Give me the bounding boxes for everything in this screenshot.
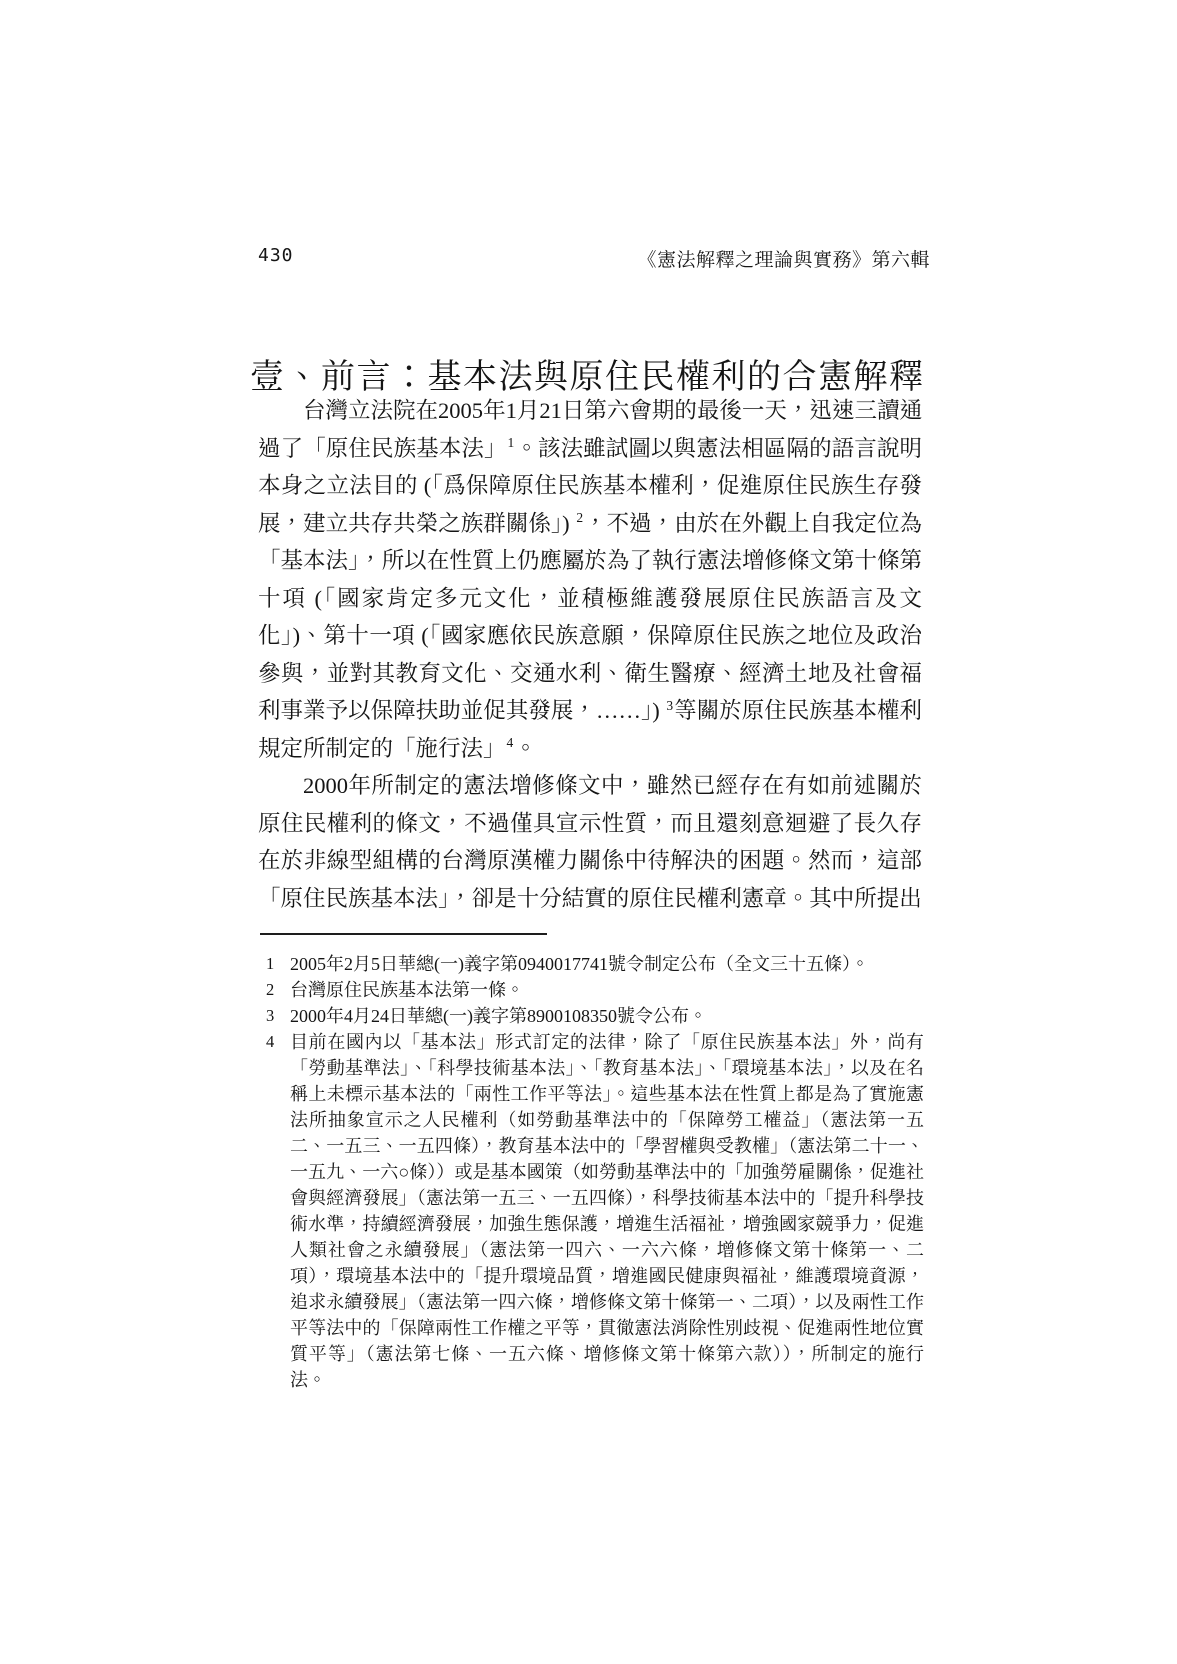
- footnote-text: 2000年4月24日華總(一)義字第8900108350號令公布。: [290, 1003, 924, 1029]
- footnote-number: 4: [266, 1029, 290, 1055]
- page-number: 430: [258, 245, 294, 266]
- footnote-item: 12005年2月5日華總(一)義字第0940017741號令制定公布（全文三十五…: [266, 951, 924, 977]
- footnote-separator-rule: [260, 933, 547, 935]
- footnotes-section: 12005年2月5日華總(一)義字第0940017741號令制定公布（全文三十五…: [266, 951, 924, 1393]
- section-heading: 壹、前言：基本法與原住民權利的合憲解釋: [250, 349, 950, 398]
- footnote-number: 1: [266, 951, 290, 977]
- footnote-text: 目前在國內以「基本法」形式訂定的法律，除了「原住民族基本法」外，尚有「勞動基準法…: [290, 1029, 924, 1393]
- footnote-text: 2005年2月5日華總(一)義字第0940017741號令制定公布（全文三十五條…: [290, 951, 924, 977]
- footnote-text: 台灣原住民族基本法第一條。: [290, 977, 924, 1003]
- paragraph: 台灣立法院在2005年1月21日第六會期的最後一天，迅速三讀通過了「原住民族基本…: [258, 392, 922, 767]
- footnote-ref: 1: [507, 435, 516, 450]
- footnote-item: 2台灣原住民族基本法第一條。: [266, 977, 924, 1003]
- footnote-ref: 4: [506, 735, 515, 750]
- footnote-number: 2: [266, 977, 290, 1003]
- footnote-item: 32000年4月24日華總(一)義字第8900108350號令公布。: [266, 1003, 924, 1029]
- footnote-ref: 3: [665, 698, 674, 713]
- body-paragraphs: 台灣立法院在2005年1月21日第六會期的最後一天，迅速三讀通過了「原住民族基本…: [258, 392, 922, 917]
- paragraph: 2000年所制定的憲法增修條文中，雖然已經存在有如前述關於原住民權利的條文，不過…: [258, 767, 922, 917]
- book-title: 《憲法解釋之理論與實務》第六輯: [637, 245, 930, 272]
- running-header: 430 《憲法解釋之理論與實務》第六輯: [258, 245, 930, 272]
- scanned-book-page: 430 《憲法解釋之理論與實務》第六輯 壹、前言：基本法與原住民權利的合憲解釋 …: [0, 0, 1177, 1664]
- footnote-ref: 2: [575, 510, 584, 525]
- footnote-number: 3: [266, 1003, 290, 1029]
- footnote-item: 4目前在國內以「基本法」形式訂定的法律，除了「原住民族基本法」外，尚有「勞動基準…: [266, 1029, 924, 1393]
